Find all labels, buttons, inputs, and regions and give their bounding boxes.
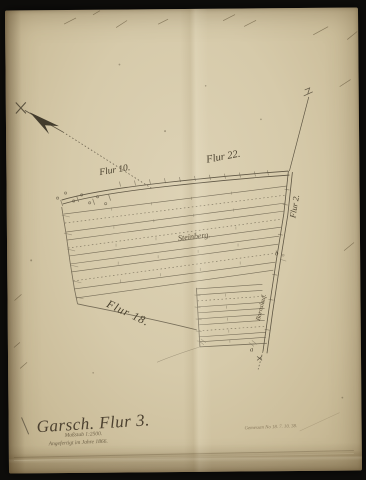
parcels-lower <box>156 254 287 362</box>
road-top <box>56 170 289 206</box>
vertical-fold-crease <box>180 9 212 472</box>
map-sheet: Flur 10. Flur 22. Flur 2. Steinberg. Flu… <box>5 7 362 473</box>
label-point-a: a <box>250 347 253 354</box>
photo-backdrop: Flur 10. Flur 22. Flur 2. Steinberg. Flu… <box>0 0 366 480</box>
label-point-b: b <box>275 251 278 258</box>
boundary-line-topright <box>289 88 314 171</box>
bottom-edge-shadow <box>9 442 362 473</box>
road-right <box>255 171 294 369</box>
north-arrow-icon <box>16 101 152 189</box>
